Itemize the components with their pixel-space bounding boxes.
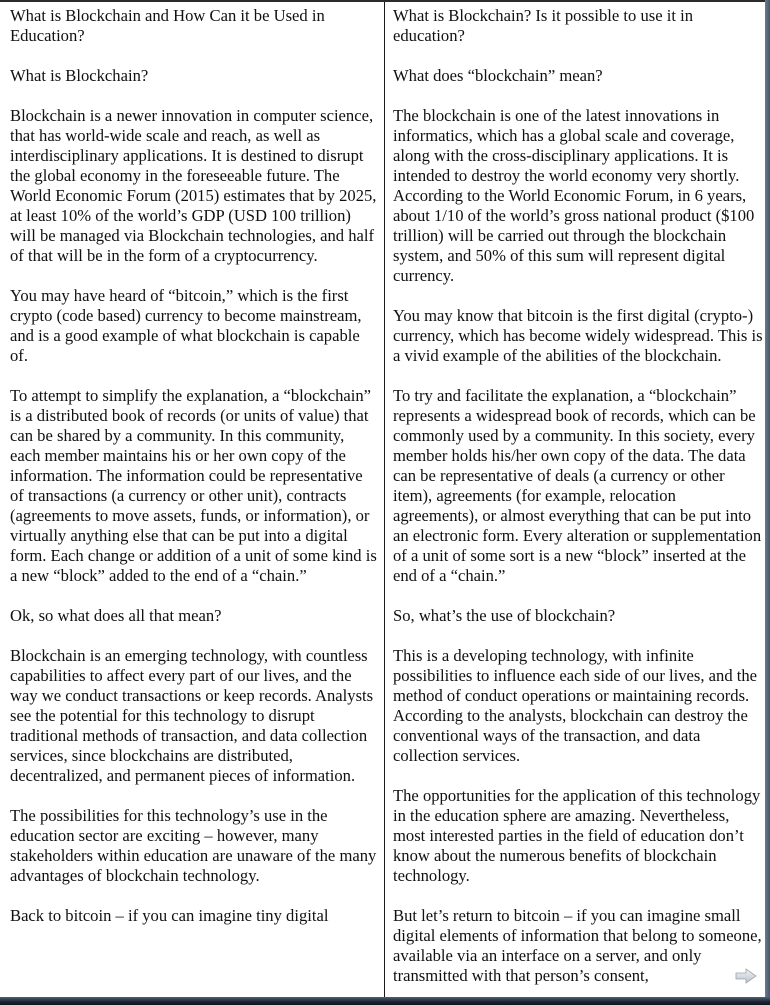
right-paragraph: You may know that bitcoin is the first d… [393,306,765,366]
left-paragraph: What is Blockchain? [10,66,378,86]
window-right-border [765,0,770,1005]
left-title: What is Blockchain and How Can it be Use… [10,6,378,46]
right-paragraph: So, what’s the use of blockchain? [393,606,765,626]
window-bottom-border [0,997,770,1005]
original-text-column: What is Blockchain and How Can it be Use… [0,2,385,997]
right-paragraph: This is a developing technology, with in… [393,646,765,766]
left-paragraph: To attempt to simplify the explanation, … [10,386,378,586]
left-paragraph: Blockchain is a newer innovation in comp… [10,106,378,266]
right-paragraph: What does “blockchain” mean? [393,66,765,86]
left-paragraph: You may have heard of “bitcoin,” which i… [10,286,378,366]
left-paragraph: Ok, so what does all that mean? [10,606,378,626]
right-paragraph: But let’s return to bitcoin – if you can… [393,906,765,986]
right-paragraph: The blockchain is one of the latest inno… [393,106,765,286]
comparison-table: What is Blockchain and How Can it be Use… [0,0,765,997]
rewritten-text-column: What is Blockchain? Is it possible to us… [385,2,765,997]
right-paragraph: The opportunities for the application of… [393,786,765,886]
right-paragraph: To try and facilitate the explanation, a… [393,386,765,586]
left-paragraph: The possibilities for this technology’s … [10,806,378,886]
arrow-right-icon[interactable] [735,968,757,984]
left-paragraph: Blockchain is an emerging technology, wi… [10,646,378,786]
right-title: What is Blockchain? Is it possible to us… [393,6,765,46]
left-paragraph: Back to bitcoin – if you can imagine tin… [10,906,378,926]
